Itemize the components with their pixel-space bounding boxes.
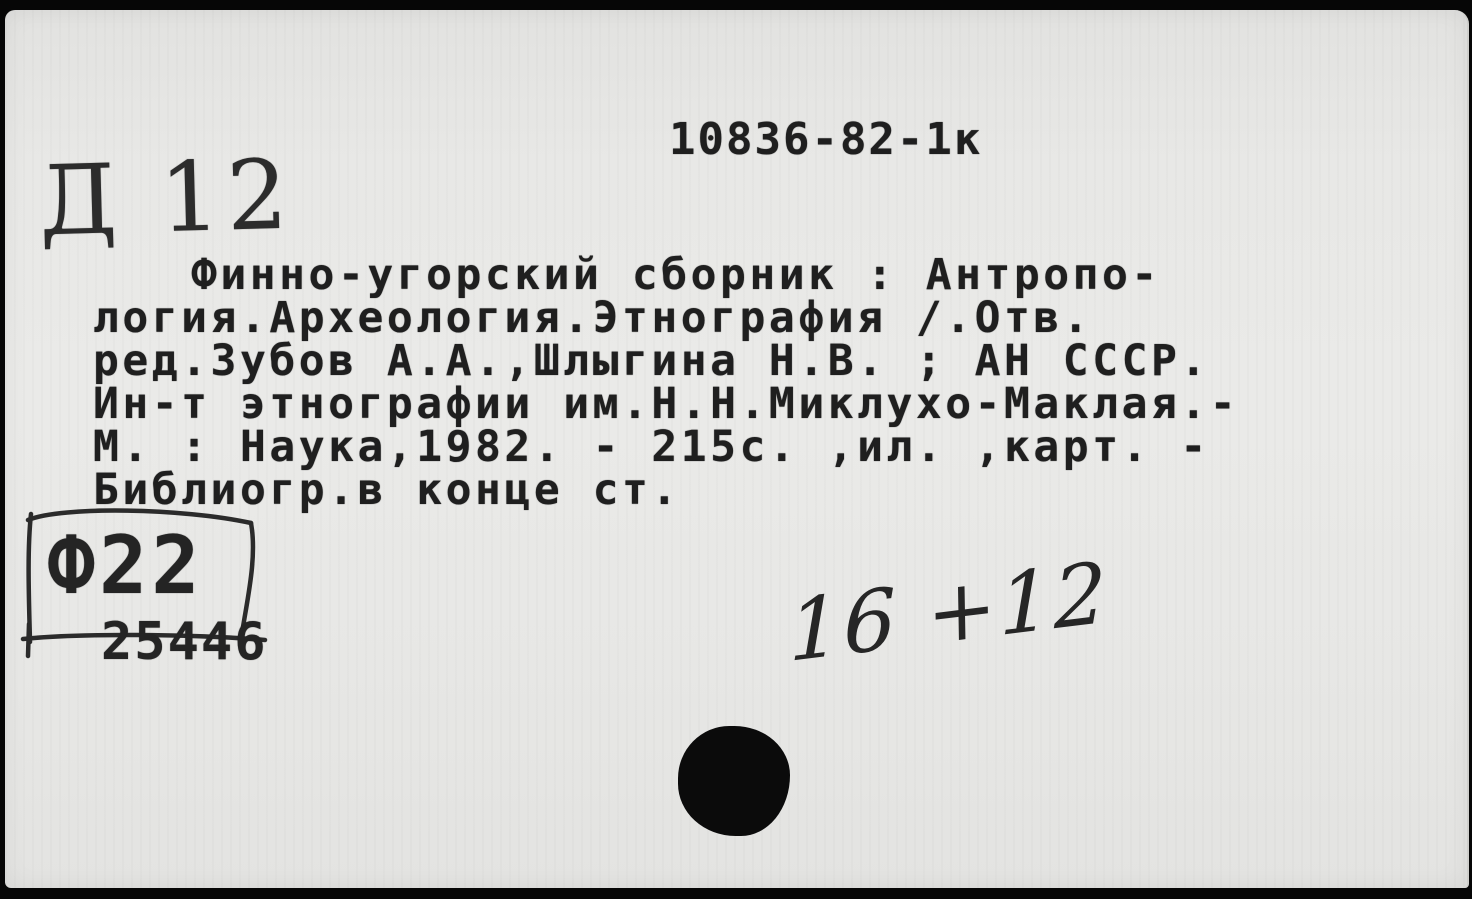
- description-line: М. : Наука,1982. - 215с. ,ил. ,карт. -: [93, 426, 1393, 469]
- shelf-code: Ф22: [47, 526, 204, 606]
- box-left-tick: [28, 624, 29, 656]
- description-line: логия.Археология.Этнография /.Отв.: [93, 297, 1393, 340]
- call-number: Д 12: [38, 147, 295, 250]
- description-line: Ин-т этнографии им.Н.Н.Миклухо-Маклая.-: [93, 383, 1393, 426]
- accession-number: 10836-82-1к: [669, 118, 982, 162]
- handwritten-note: 16 +12: [787, 550, 1109, 674]
- bibliographic-description: Финно-угорский сборник : Антропо- логия.…: [93, 254, 1393, 512]
- inventory-number-struck: 25446: [101, 616, 268, 668]
- scanned-catalog-card-image: Д 12 10836-82-1к Финно-угорский сборник …: [0, 0, 1472, 899]
- catalog-card: Д 12 10836-82-1к Финно-угорский сборник …: [5, 10, 1469, 888]
- punch-hole-mark: [678, 726, 790, 836]
- description-line: Финно-угорский сборник : Антропо-: [93, 254, 1393, 297]
- description-line: ред.Зубов А.А.,Шлыгина Н.В. ; АН СССР.: [93, 340, 1393, 383]
